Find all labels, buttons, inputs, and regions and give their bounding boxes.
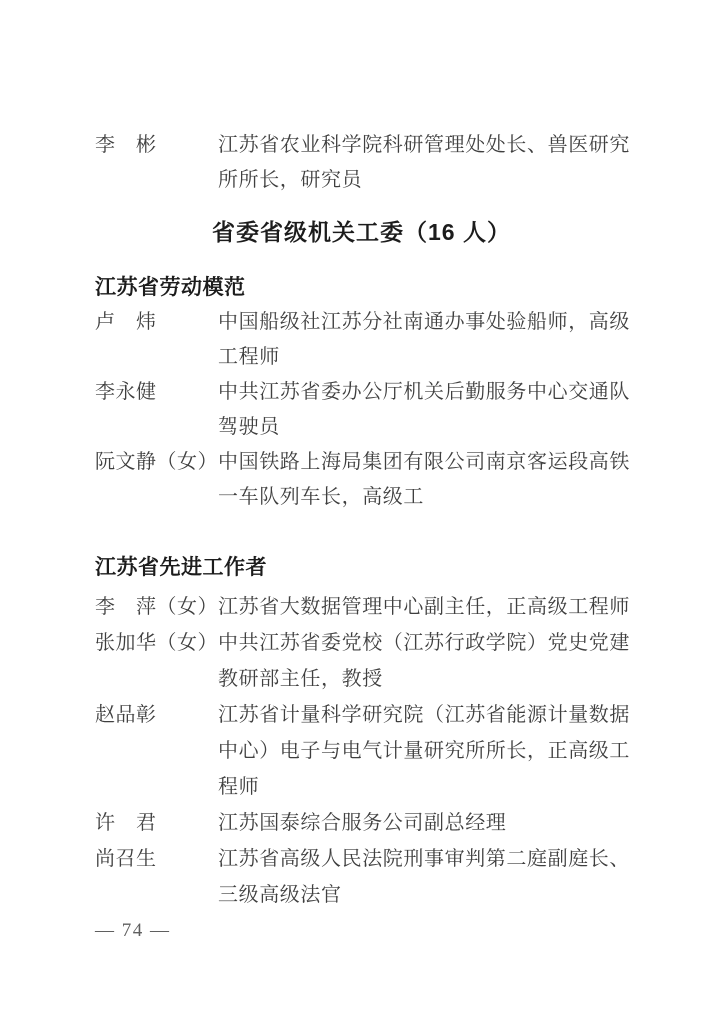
section-entries: 卢 炜 中国船级社江苏分社南通办事处验船师，高级 工程师 李永健 中共江苏省委办… xyxy=(95,305,628,515)
section-entries: 李 萍（女） 江苏省大数据管理中心副主任，正高级工程师 张加华（女） 中共江苏省… xyxy=(95,589,628,913)
entry-row: 张加华（女） 中共江苏省委党校（江苏行政学院）党史党建 教研部主任，教授 xyxy=(95,625,628,697)
page-number: — 74 — xyxy=(95,921,628,941)
entry-line: 中心）电子与电气计量研究所所长，正高级工 xyxy=(218,733,628,769)
entry-name: 张加华（女） xyxy=(95,625,218,661)
entry-name: 阮文静（女） xyxy=(95,445,218,480)
entry-line: 中国铁路上海局集团有限公司南京客运段高铁 xyxy=(218,445,628,480)
entry-row: 卢 炜 中国船级社江苏分社南通办事处验船师，高级 工程师 xyxy=(95,305,628,375)
entry-line: 工程师 xyxy=(218,340,628,375)
entry-description: 中国船级社江苏分社南通办事处验船师，高级 工程师 xyxy=(218,305,628,375)
document-page: 李 彬 江苏省农业科学院科研管理处处长、兽医研究 所所长，研究员 省委省级机关工… xyxy=(0,0,720,1018)
entry-line: 驾驶员 xyxy=(218,410,628,445)
section-labor-models: 江苏省劳动模范 卢 炜 中国船级社江苏分社南通办事处验船师，高级 工程师 李永健… xyxy=(95,270,628,515)
entry-line: 江苏省计量科学研究院（江苏省能源计量数据 xyxy=(218,697,628,733)
entry-name: 卢 炜 xyxy=(95,305,218,340)
entry-description: 江苏国泰综合服务公司副总经理 xyxy=(218,805,628,841)
entry-name: 李 萍（女） xyxy=(95,589,218,625)
entry-name: 赵品彰 xyxy=(95,697,218,733)
entry-row: 李永健 中共江苏省委办公厅机关后勤服务中心交通队 驾驶员 xyxy=(95,375,628,445)
entry-line: 程师 xyxy=(218,769,628,805)
section-heading-advanced-workers: 江苏省先进工作者 xyxy=(95,550,628,585)
entry-line: 中共江苏省委党校（江苏行政学院）党史党建 xyxy=(218,625,628,661)
entry-line: 江苏省农业科学院科研管理处处长、兽医研究 xyxy=(218,128,628,163)
entry-line: 江苏省高级人民法院刑事审判第二庭副庭长、 xyxy=(218,841,628,877)
entry-description: 中共江苏省委办公厅机关后勤服务中心交通队 驾驶员 xyxy=(218,375,628,445)
entry-description: 中国铁路上海局集团有限公司南京客运段高铁 一车队列车长，高级工 xyxy=(218,445,628,515)
committee-heading: 省委省级机关工委（16 人） xyxy=(95,215,628,250)
entry-row: 阮文静（女） 中国铁路上海局集团有限公司南京客运段高铁 一车队列车长，高级工 xyxy=(95,445,628,515)
entry-name: 李永健 xyxy=(95,375,218,410)
entry-line: 中共江苏省委办公厅机关后勤服务中心交通队 xyxy=(218,375,628,410)
entry-line: 一车队列车长，高级工 xyxy=(218,480,628,515)
entry-row: 李 萍（女） 江苏省大数据管理中心副主任，正高级工程师 xyxy=(95,589,628,625)
entry-description: 江苏省农业科学院科研管理处处长、兽医研究 所所长，研究员 xyxy=(218,128,628,198)
entry-description: 江苏省大数据管理中心副主任，正高级工程师 xyxy=(218,589,628,625)
entry-row: 许 君 江苏国泰综合服务公司副总经理 xyxy=(95,805,628,841)
entry-row: 李 彬 江苏省农业科学院科研管理处处长、兽医研究 所所长，研究员 xyxy=(95,128,628,198)
entry-line: 教研部主任，教授 xyxy=(218,661,628,697)
entry-row: 尚召生 江苏省高级人民法院刑事审判第二庭副庭长、 三级高级法官 xyxy=(95,841,628,913)
entry-line: 江苏省大数据管理中心副主任，正高级工程师 xyxy=(218,589,628,625)
entry-line: 中国船级社江苏分社南通办事处验船师，高级 xyxy=(218,305,628,340)
entry-name: 尚召生 xyxy=(95,841,218,877)
entry-description: 江苏省计量科学研究院（江苏省能源计量数据 中心）电子与电气计量研究所所长，正高级… xyxy=(218,697,628,805)
section-advanced-workers: 江苏省先进工作者 李 萍（女） 江苏省大数据管理中心副主任，正高级工程师 张加华… xyxy=(95,550,628,913)
entry-line: 所所长，研究员 xyxy=(218,163,628,198)
section-heading-labor-models: 江苏省劳动模范 xyxy=(95,270,628,305)
entry-row: 赵品彰 江苏省计量科学研究院（江苏省能源计量数据 中心）电子与电气计量研究所所长… xyxy=(95,697,628,805)
entry-name: 李 彬 xyxy=(95,128,218,163)
entry-line: 三级高级法官 xyxy=(218,877,628,913)
entry-description: 江苏省高级人民法院刑事审判第二庭副庭长、 三级高级法官 xyxy=(218,841,628,913)
entry-description: 中共江苏省委党校（江苏行政学院）党史党建 教研部主任，教授 xyxy=(218,625,628,697)
entry-name: 许 君 xyxy=(95,805,218,841)
document-content: 李 彬 江苏省农业科学院科研管理处处长、兽医研究 所所长，研究员 省委省级机关工… xyxy=(95,128,628,941)
entry-line: 江苏国泰综合服务公司副总经理 xyxy=(218,805,628,841)
